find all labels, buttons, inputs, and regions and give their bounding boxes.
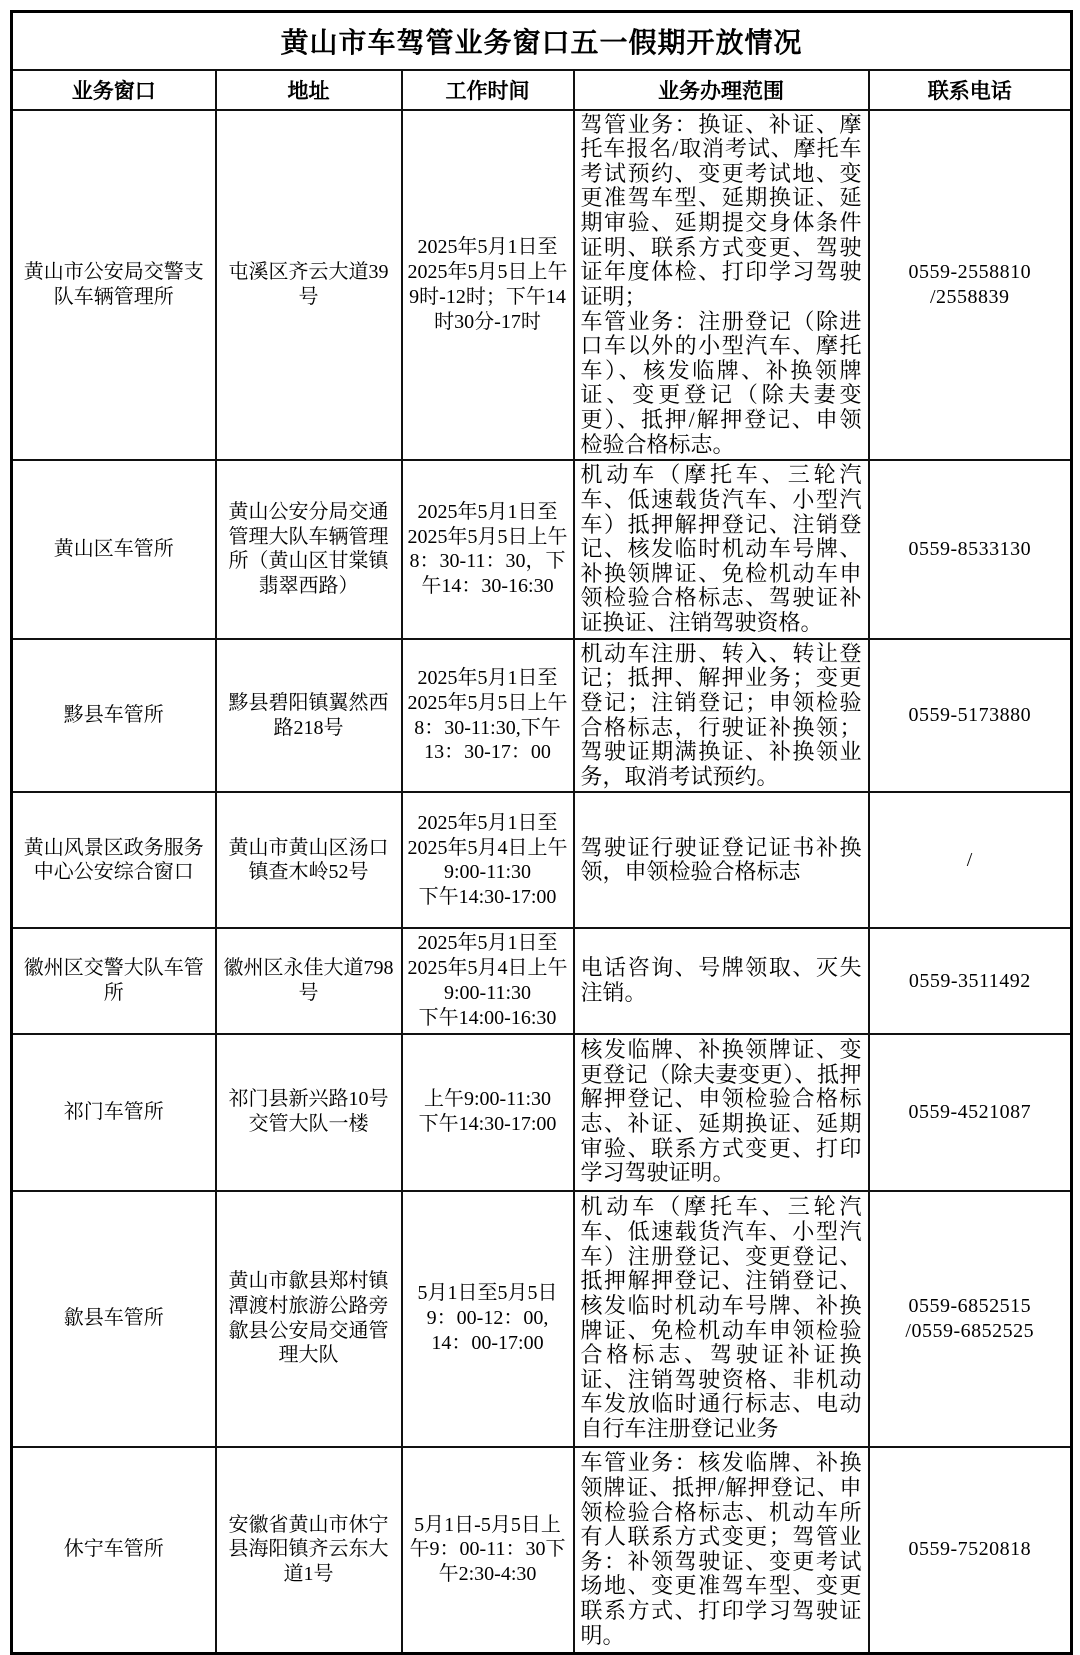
- window-name: 休宁车管所: [12, 1447, 216, 1654]
- address: 祁门县新兴路10号交管大队一楼: [216, 1034, 402, 1191]
- contact-phone: 0559-2558810 /2558839: [869, 110, 1072, 461]
- business-scope: 机动车注册、转入、转让登记；抵押、解押业务；变更登记；注销登记；申领检验合格标志…: [574, 639, 869, 793]
- window-name: 黟县车管所: [12, 639, 216, 793]
- table-row: 歙县车管所 黄山市歙县郑村镇潭渡村旅游公路旁歙县公安局交通管理大队 5月1日至5…: [12, 1191, 1072, 1447]
- window-name: 黄山市公安局交警支队车辆管理所: [12, 110, 216, 461]
- table-row: 黄山市公安局交警支队车辆管理所 屯溪区齐云大道39号 2025年5月1日至202…: [12, 110, 1072, 461]
- document-page: 黄山市车驾管业务窗口五一假期开放情况 业务窗口 地址 工作时间 业务办理范围 联…: [0, 0, 1080, 1646]
- table-row: 休宁车管所 安徽省黄山市休宁县海阳镇齐云东大道1号 5月1日-5月5日上午9：0…: [12, 1447, 1072, 1654]
- address: 黟县碧阳镇翼然西路218号: [216, 639, 402, 793]
- page-title: 黄山市车驾管业务窗口五一假期开放情况: [12, 12, 1072, 70]
- address: 黄山市歙县郑村镇潭渡村旅游公路旁歙县公安局交通管理大队: [216, 1191, 402, 1447]
- table-row: 祁门车管所 祁门县新兴路10号交管大队一楼 上午9:00-11:30 下午14:…: [12, 1034, 1072, 1191]
- col-header-address: 地址: [216, 70, 402, 110]
- contact-phone: 0559-8533130: [869, 460, 1072, 638]
- business-scope: 核发临牌、补换领牌证、变更登记（除夫妻变更）、抵押解押登记、申领检验合格标志、补…: [574, 1034, 869, 1191]
- work-hours: 上午9:00-11:30 下午14:30-17:00: [402, 1034, 574, 1191]
- table-row: 黟县车管所 黟县碧阳镇翼然西路218号 2025年5月1日至2025年5月5日上…: [12, 639, 1072, 793]
- address: 徽州区永佳大道798号: [216, 928, 402, 1033]
- work-hours: 2025年5月1日至2025年5月5日上午9时-12时；下午14时30分-17时: [402, 110, 574, 461]
- contact-phone: 0559-3511492: [869, 928, 1072, 1033]
- col-header-scope: 业务办理范围: [574, 70, 869, 110]
- col-header-phone: 联系电话: [869, 70, 1072, 110]
- business-scope: 驾管业务：换证、补证、摩托车报名/取消考试、摩托车考试预约、变更考试地、变更准驾…: [574, 110, 869, 461]
- address: 安徽省黄山市休宁县海阳镇齐云东大道1号: [216, 1447, 402, 1654]
- business-scope: 机动车（摩托车、三轮汽车、低速载货汽车、小型汽车）抵押解押登记、注销登记、核发临…: [574, 460, 869, 638]
- work-hours: 2025年5月1日至 2025年5月4日上午 9:00-11:30 下午14:3…: [402, 792, 574, 928]
- contact-phone: 0559-5173880: [869, 639, 1072, 793]
- contact-phone: 0559-7520818: [869, 1447, 1072, 1654]
- table-row: 黄山风景区政务服务中心公安综合窗口 黄山市黄山区汤口镇查木岭52号 2025年5…: [12, 792, 1072, 928]
- table-row: 徽州区交警大队车管所 徽州区永佳大道798号 2025年5月1日至 2025年5…: [12, 928, 1072, 1033]
- window-name: 黄山风景区政务服务中心公安综合窗口: [12, 792, 216, 928]
- contact-phone: 0559-4521087: [869, 1034, 1072, 1191]
- business-scope: 机动车（摩托车、三轮汽车、低速载货汽车、小型汽车）注册登记、变更登记、抵押解押登…: [574, 1191, 869, 1447]
- business-scope: 车管业务：核发临牌、补换领牌证、抵押/解押登记、申领检验合格标志、机动车所有人联…: [574, 1447, 869, 1654]
- work-hours: 2025年5月1日至2025年5月5日上午8：30-11:30,下午13：30-…: [402, 639, 574, 793]
- table-row: 黄山区车管所 黄山公安分局交通管理大队车辆管理所（黄山区甘棠镇翡翠西路） 202…: [12, 460, 1072, 638]
- address: 黄山公安分局交通管理大队车辆管理所（黄山区甘棠镇翡翠西路）: [216, 460, 402, 638]
- address: 黄山市黄山区汤口镇查木岭52号: [216, 792, 402, 928]
- column-header-row: 业务窗口 地址 工作时间 业务办理范围 联系电话: [12, 70, 1072, 110]
- window-name: 徽州区交警大队车管所: [12, 928, 216, 1033]
- col-header-window: 业务窗口: [12, 70, 216, 110]
- contact-phone: 0559-6852515 /0559-6852525: [869, 1191, 1072, 1447]
- work-hours: 5月1日至5月5日 9：00-12：00, 14：00-17:00: [402, 1191, 574, 1447]
- title-row: 黄山市车驾管业务窗口五一假期开放情况: [12, 12, 1072, 70]
- col-header-hours: 工作时间: [402, 70, 574, 110]
- work-hours: 5月1日-5月5日上午9：00-11：30下午2:30-4:30: [402, 1447, 574, 1654]
- window-name: 祁门车管所: [12, 1034, 216, 1191]
- address: 屯溪区齐云大道39号: [216, 110, 402, 461]
- window-name: 歙县车管所: [12, 1191, 216, 1447]
- work-hours: 2025年5月1日至2025年5月5日上午8：30-11：30，下午14：30-…: [402, 460, 574, 638]
- contact-phone: /: [869, 792, 1072, 928]
- work-hours: 2025年5月1日至 2025年5月4日上午 9:00-11:30 下午14:0…: [402, 928, 574, 1033]
- business-scope: 驾驶证行驶证登记证书补换领，申领检验合格标志: [574, 792, 869, 928]
- business-scope: 电话咨询、号牌领取、灭失注销。: [574, 928, 869, 1033]
- window-name: 黄山区车管所: [12, 460, 216, 638]
- holiday-schedule-table: 黄山市车驾管业务窗口五一假期开放情况 业务窗口 地址 工作时间 业务办理范围 联…: [10, 10, 1073, 1655]
